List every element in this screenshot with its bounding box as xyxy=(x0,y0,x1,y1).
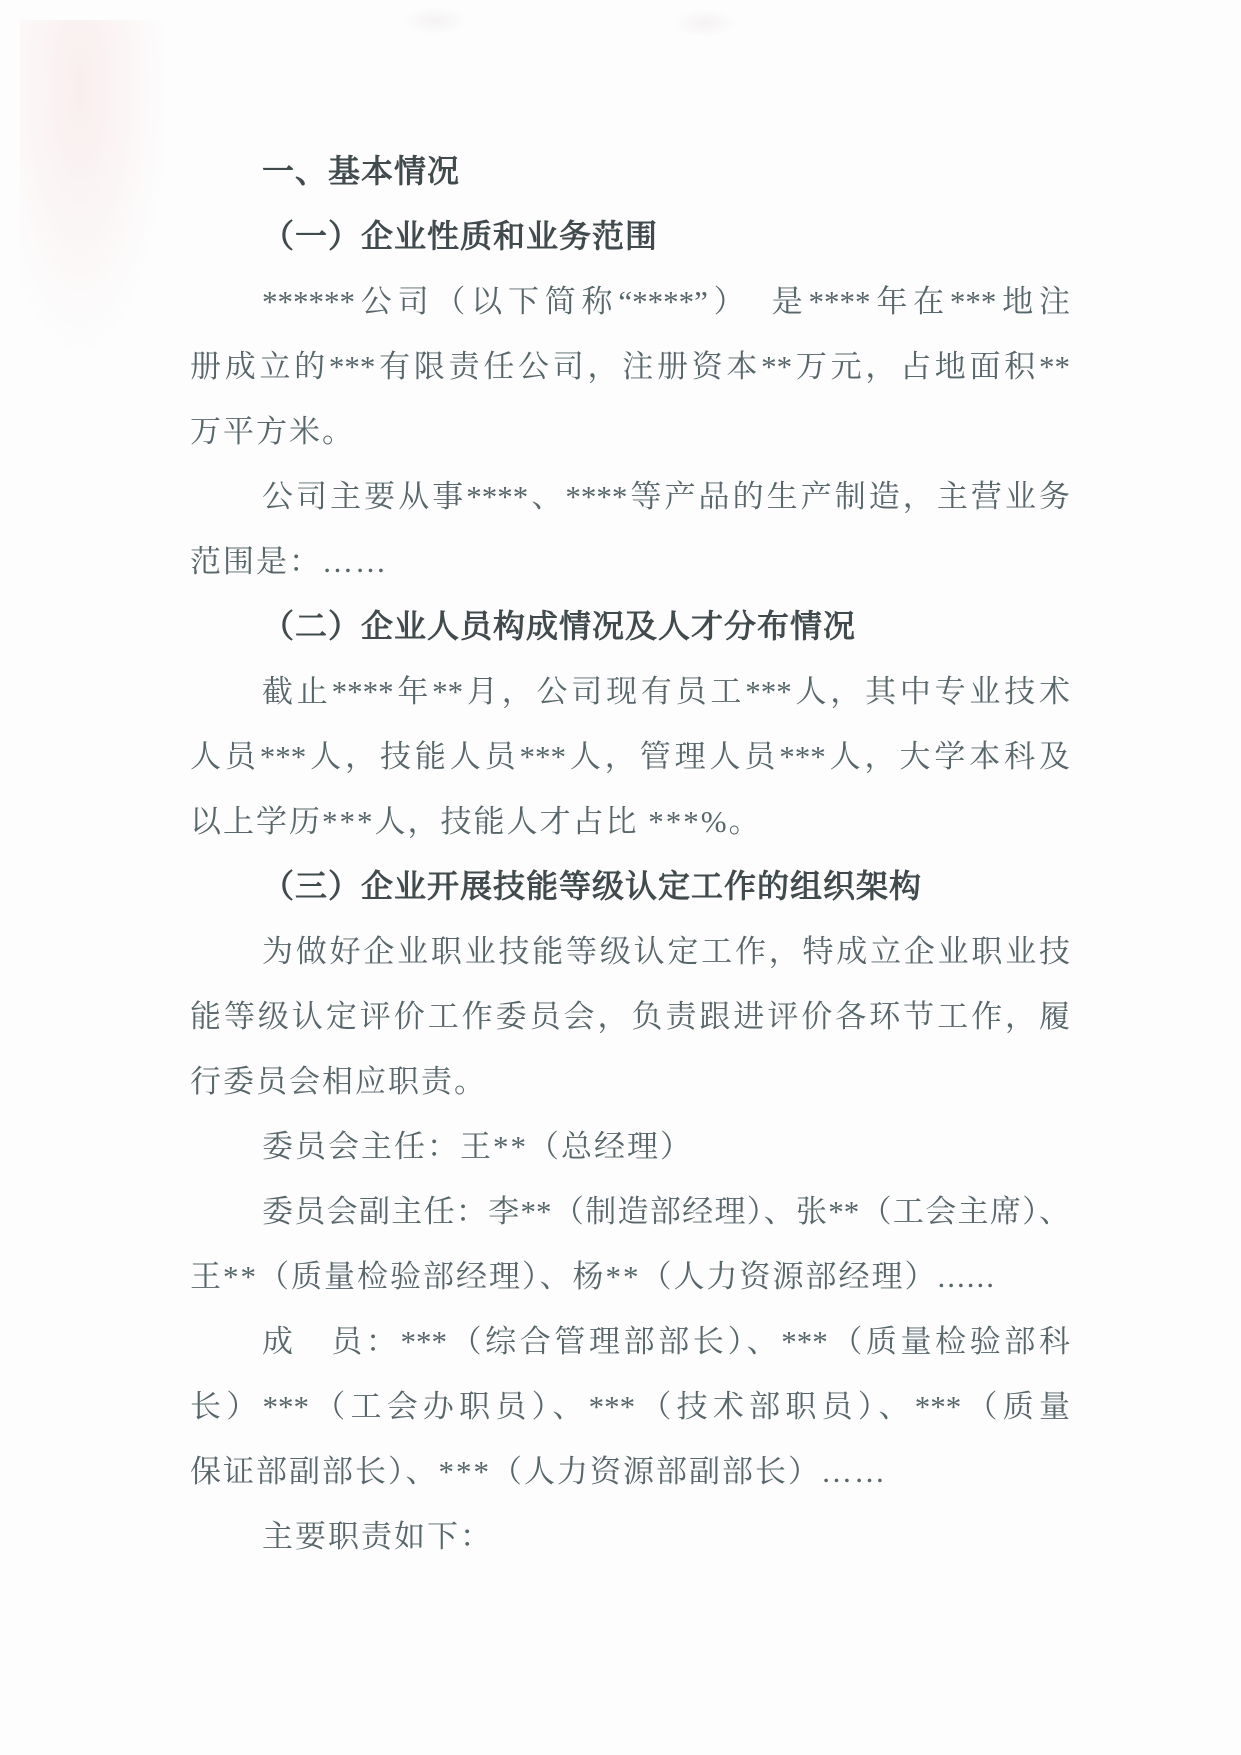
text-line: 为做好企业职业技能等级认定工作，特成立企业职业技 xyxy=(190,919,1070,984)
text-line: 保证部副部长）、***（人力资源部副部长）…… xyxy=(190,1439,1070,1504)
heading-level-2: （二）企业人员构成情况及人才分布情况 xyxy=(190,594,1070,659)
scan-speck xyxy=(675,10,735,36)
text-line: 册成立的***有限责任公司，注册资本**万元，占地面积** xyxy=(190,334,1070,399)
heading-level-2: （三）企业开展技能等级认定工作的组织架构 xyxy=(190,854,1070,919)
text-line: 长）***（工会办职员）、***（技术部职员）、***（质量 xyxy=(190,1374,1070,1439)
text-line: 万平方米。 xyxy=(190,399,1070,464)
text-line: 截止****年**月，公司现有员工***人，其中专业技术 xyxy=(190,659,1070,724)
text-line: 公司主要从事****、****等产品的生产制造，主营业务 xyxy=(190,464,1070,529)
heading-level-2: （一）企业性质和业务范围 xyxy=(190,204,1070,269)
scan-speck xyxy=(405,8,465,34)
scan-smudge xyxy=(20,20,170,360)
text-line: 成 员：***（综合管理部部长）、***（质量检验部科 xyxy=(190,1309,1070,1374)
text-line: 委员会主任：王**（总经理） xyxy=(190,1114,1070,1179)
text-line: 以上学历***人，技能人才占比 ***%。 xyxy=(190,789,1070,854)
document-page: 一、基本情况 （一）企业性质和业务范围 ******公司（以下简称“****”）… xyxy=(0,0,1241,1755)
text-line: 主要职责如下： xyxy=(190,1504,1070,1569)
text-line: 委员会副主任：李**（制造部经理）、张**（工会主席）、 xyxy=(190,1179,1070,1244)
text-line: ******公司（以下简称“****”） 是****年在***地注 xyxy=(190,269,1070,334)
heading-level-1: 一、基本情况 xyxy=(190,139,1070,204)
text-line: 人员***人，技能人员***人，管理人员***人，大学本科及 xyxy=(190,724,1070,789)
text-line: 范围是：…… xyxy=(190,529,1070,594)
text-line: 行委员会相应职责。 xyxy=(190,1049,1070,1114)
content-column: 一、基本情况 （一）企业性质和业务范围 ******公司（以下简称“****”）… xyxy=(190,139,1070,1569)
text-line: 王**（质量检验部经理）、杨**（人力资源部经理）...... xyxy=(190,1244,1070,1309)
text-line: 能等级认定评价工作委员会，负责跟进评价各环节工作，履 xyxy=(190,984,1070,1049)
